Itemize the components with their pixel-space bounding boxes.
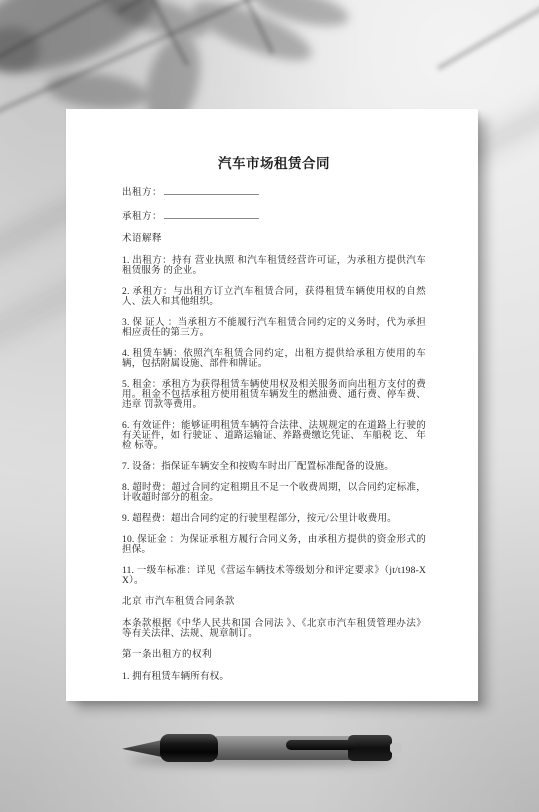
pen — [118, 733, 402, 767]
terms-heading: 术语解释 — [122, 234, 426, 245]
window-frame-shadow-line — [437, 4, 539, 71]
lessee-line: 承租方： — [122, 210, 426, 223]
term-clause-2: 2. 承租方：与出租方订立汽车租赁合同，获得租赁车辆使用权的自然人、法人和其他组… — [122, 287, 426, 307]
pen-button — [390, 743, 402, 753]
term-clause-7: 7. 设备：指保证车辆安全和按购车时出厂配置标准配备的设施。 — [122, 462, 426, 472]
desk-background: 汽车市场租赁合同 出租方： 承租方： 术语解释 1. 出租方：持有 营业执照 和… — [0, 0, 539, 812]
section-title: 北京 市汽车租赁合同条款 — [122, 597, 426, 608]
lessee-signature-line — [164, 210, 259, 219]
lessor-line: 出租方： — [122, 186, 426, 199]
lessor-label: 出租方： — [122, 188, 162, 198]
pen-clip — [286, 740, 356, 750]
article1-heading: 第一条出租方的权利 — [122, 650, 426, 661]
article1-item-1: 1. 拥有租赁车辆所有权。 — [122, 672, 426, 682]
term-clause-10: 10. 保证金 ：为保证承租方履行合同义务，由承租方提供的资金形式的担保。 — [122, 535, 426, 555]
term-clause-5: 5. 租金：承租方为获得租赁车辆使用权及相关服务而向出租方支付的费用。租金不包括… — [122, 380, 426, 410]
leaf-shadow — [45, 69, 150, 113]
lessor-signature-line — [164, 186, 259, 195]
document-title: 汽车市场租赁合同 — [122, 156, 426, 172]
term-clause-1: 1. 出租方：持有 营业执照 和汽车租赁经营许可证，为承租方提供汽车 租赁服务 … — [122, 256, 426, 276]
section-basis: 本条款根据《中华人民共和国 合同法 》、《北京市汽车租赁管理办法》等有关法律、法… — [122, 619, 426, 639]
pen-tip — [122, 740, 162, 757]
term-clause-8: 8. 超时费：超过合同约定租期且不足一个收费周期，以合同约定标准，计收超时部分的… — [122, 483, 426, 503]
term-clause-6: 6. 有效证件：能够证明租赁车辆符合法律、法规规定的在道路上行驶的有关证件，如 … — [122, 421, 426, 451]
term-clause-4: 4. 租赁车辆：依照汽车租赁合同约定，出租方提供给承租方使用的车辆，包括附属设施… — [122, 349, 426, 369]
pen-grip — [160, 734, 218, 762]
term-clause-3: 3. 保 证人 ：当承租方不能履行汽车租赁合同约定的义务时，代为承担相应责任的第… — [122, 318, 426, 338]
term-clause-11: 11. 一级车标准：详见《营运车辆技术等级划分和评定要求》（jt/t198-XX… — [122, 566, 426, 586]
term-clause-9: 9. 超程费：超出合同约定的行驶里程部分，按元/公里计收费用。 — [122, 514, 426, 524]
lessee-label: 承租方： — [122, 212, 162, 222]
contract-document: 汽车市场租赁合同 出租方： 承租方： 术语解释 1. 出租方：持有 营业执照 和… — [66, 109, 478, 701]
